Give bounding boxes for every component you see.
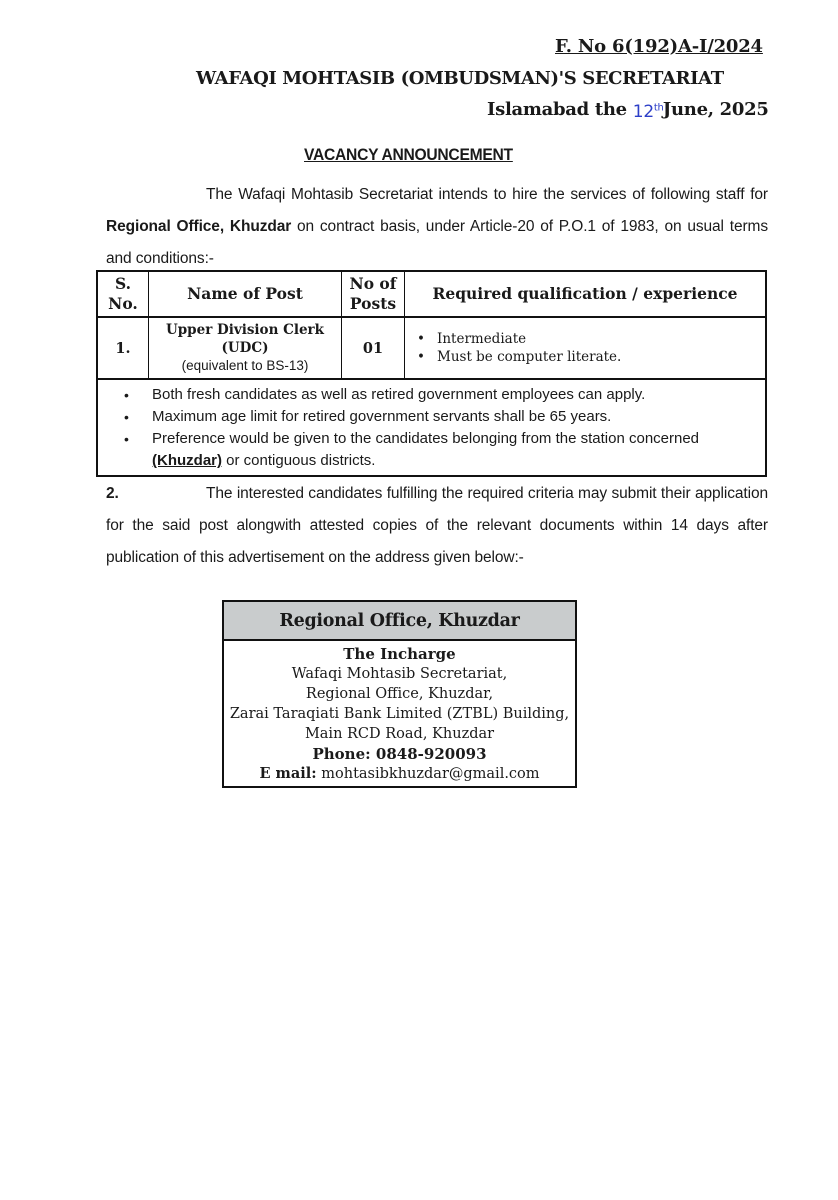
- address-box: Regional Office, Khuzdar The Incharge Wa…: [222, 600, 577, 788]
- header-post-name: Name of Post: [149, 272, 342, 316]
- address-line: Main RCD Road, Khuzdar: [224, 724, 575, 744]
- date-prefix: Islamabad the: [487, 99, 627, 120]
- cell-num-posts: 01: [342, 318, 405, 378]
- table-notes: Both fresh candidates as well as retired…: [98, 380, 765, 475]
- address-email: E mail: mohtasibkhuzdar@gmail.com: [224, 764, 575, 784]
- header-qualification: Required qualification / experience: [405, 272, 765, 316]
- email-link[interactable]: mohtasibkhuzdar@gmail.com: [321, 766, 539, 782]
- cell-serial: 1.: [98, 318, 149, 378]
- address-recipient: The Incharge: [224, 644, 575, 664]
- address-body: The Incharge Wafaqi Mohtasib Secretariat…: [224, 641, 575, 786]
- file-number: F. No 6(192)A-I/2024: [555, 36, 763, 57]
- note-item: Both fresh candidates as well as retired…: [120, 384, 757, 406]
- office-name: Regional Office, Khuzdar: [106, 218, 291, 235]
- address-heading: Regional Office, Khuzdar: [224, 602, 575, 641]
- address-phone: Phone: 0848-920093: [224, 744, 575, 764]
- organization-heading: WAFAQI MOHTASIB (OMBUDSMAN)'S SECRETARIA…: [196, 68, 724, 89]
- vacancy-table: S. No. Name of Post No of Posts Required…: [96, 270, 767, 477]
- header-serial: S. No.: [98, 272, 149, 316]
- cell-qualification: Intermediate Must be computer literate.: [405, 318, 765, 378]
- qualification-item: Intermediate: [417, 330, 621, 348]
- date-line: Islamabad the 12thJune, 2025: [487, 99, 769, 120]
- date-month-year: June, 2025: [663, 99, 769, 120]
- submission-paragraph: 2.The interested candidates fulfilling t…: [106, 478, 768, 574]
- address-line: Wafaqi Mohtasib Secretariat,: [224, 664, 575, 684]
- intro-paragraph: The Wafaqi Mohtasib Secretariat intends …: [106, 179, 768, 275]
- note-item: Maximum age limit for retired government…: [120, 406, 757, 428]
- address-line: Zarai Taraqiati Bank Limited (ZTBL) Buil…: [224, 704, 575, 724]
- note-item: Preference would be given to the candida…: [120, 428, 757, 472]
- qualification-item: Must be computer literate.: [417, 348, 621, 366]
- handwritten-day: 12th: [633, 102, 663, 122]
- table-row: 1. Upper Division Clerk (UDC) (equivalen…: [98, 318, 765, 380]
- header-num-posts: No of Posts: [342, 272, 405, 316]
- table-header-row: S. No. Name of Post No of Posts Required…: [98, 272, 765, 318]
- page-title: VACANCY ANNOUNCEMENT: [304, 145, 513, 165]
- address-line: Regional Office, Khuzdar,: [224, 684, 575, 704]
- cell-post-name: Upper Division Clerk (UDC) (equivalent t…: [149, 318, 342, 378]
